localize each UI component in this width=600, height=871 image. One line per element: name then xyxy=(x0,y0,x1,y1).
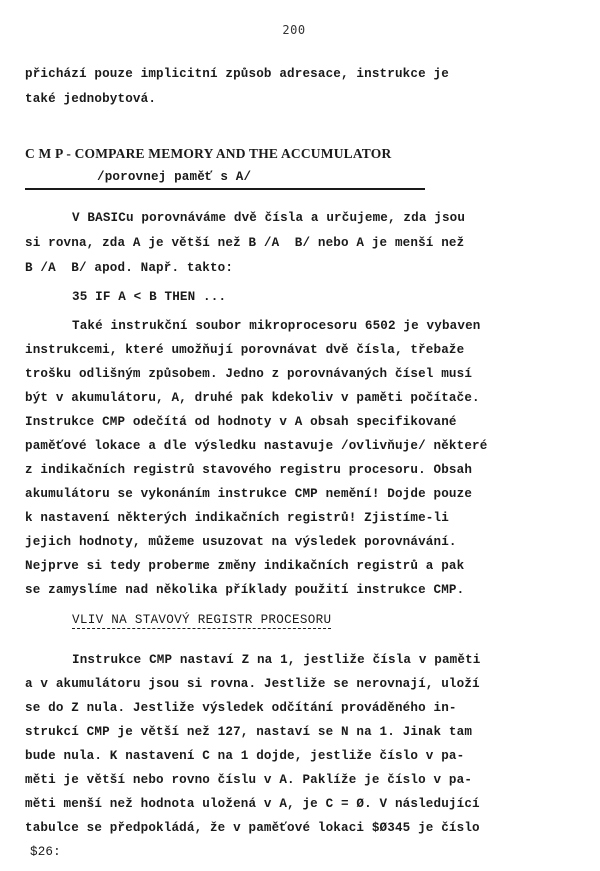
paragraph-line: instrukcemi, které umožňují porovnávat d… xyxy=(25,344,464,357)
paragraph-line: Instrukce CMP nastaví Z na 1, jestliže č… xyxy=(72,654,481,667)
paragraph-line: měti menší než hodnota uložená v A, je C… xyxy=(25,798,480,811)
paragraph-line: a v akumulátoru jsou si rovna. Jestliže … xyxy=(25,678,480,691)
intro-line: také jednobytová. xyxy=(25,93,156,106)
paragraph-line: $26: xyxy=(30,846,61,859)
paragraph-line: bude nula. K nastavení C na 1 dojde, jes… xyxy=(25,750,464,763)
paragraph-line: V BASICu porovnáváme dvě čísla a určujem… xyxy=(72,212,465,225)
paragraph-line: si rovna, zda A je větší než B /A B/ neb… xyxy=(25,237,464,250)
paragraph-line: akumulátoru se vykonáním instrukce CMP n… xyxy=(25,488,472,501)
paragraph-line: se zamyslíme nad několika příklady použi… xyxy=(25,584,464,597)
paragraph-line: strukcí CMP je větší než 127, nastaví se… xyxy=(25,726,472,739)
code-example: 35 IF A < B THEN ... xyxy=(72,291,226,304)
page-number: 200 xyxy=(0,23,594,37)
paragraph-line: Také instrukční soubor mikroprocesoru 65… xyxy=(72,320,481,333)
paragraph-line: Nejprve si tedy proberme změny indikační… xyxy=(25,560,464,573)
paragraph-line: trošku odlišným způsobem. Jedno z porovn… xyxy=(25,368,472,381)
paragraph-line: paměťové lokace a dle výsledku nastavuje… xyxy=(25,440,487,453)
paragraph-line: z indikačních registrů stavového registr… xyxy=(25,464,472,477)
paragraph-line: jejich hodnoty, můžeme usuzovat na výsle… xyxy=(25,536,457,549)
paragraph-line: být v akumulátoru, A, druhé pak kdekoliv… xyxy=(25,392,480,405)
paragraph-line: k nastavení některých indikačních regist… xyxy=(25,512,449,525)
paragraph-line: tabulce se předpokládá, že v paměťové lo… xyxy=(25,822,480,835)
paragraph-line: Instrukce CMP odečítá od hodnoty v A obs… xyxy=(25,416,457,429)
paragraph-line: se do Z nula. Jestliže výsledek odčítání… xyxy=(25,702,457,715)
instruction-title: C M P - COMPARE MEMORY AND THE ACCUMULAT… xyxy=(25,146,391,162)
heading-divider xyxy=(25,188,425,190)
intro-line: přichází pouze implicitní způsob adresac… xyxy=(25,68,449,81)
paragraph-line: měti je větší nebo rovno číslu v A. Pakl… xyxy=(25,774,472,787)
paragraph-line: B /A B/ apod. Např. takto: xyxy=(25,262,233,275)
section-heading: VLIV NA STAVOVÝ REGISTR PROCESORU xyxy=(72,613,331,629)
instruction-subtitle: /porovnej paměť s A/ xyxy=(97,171,251,184)
